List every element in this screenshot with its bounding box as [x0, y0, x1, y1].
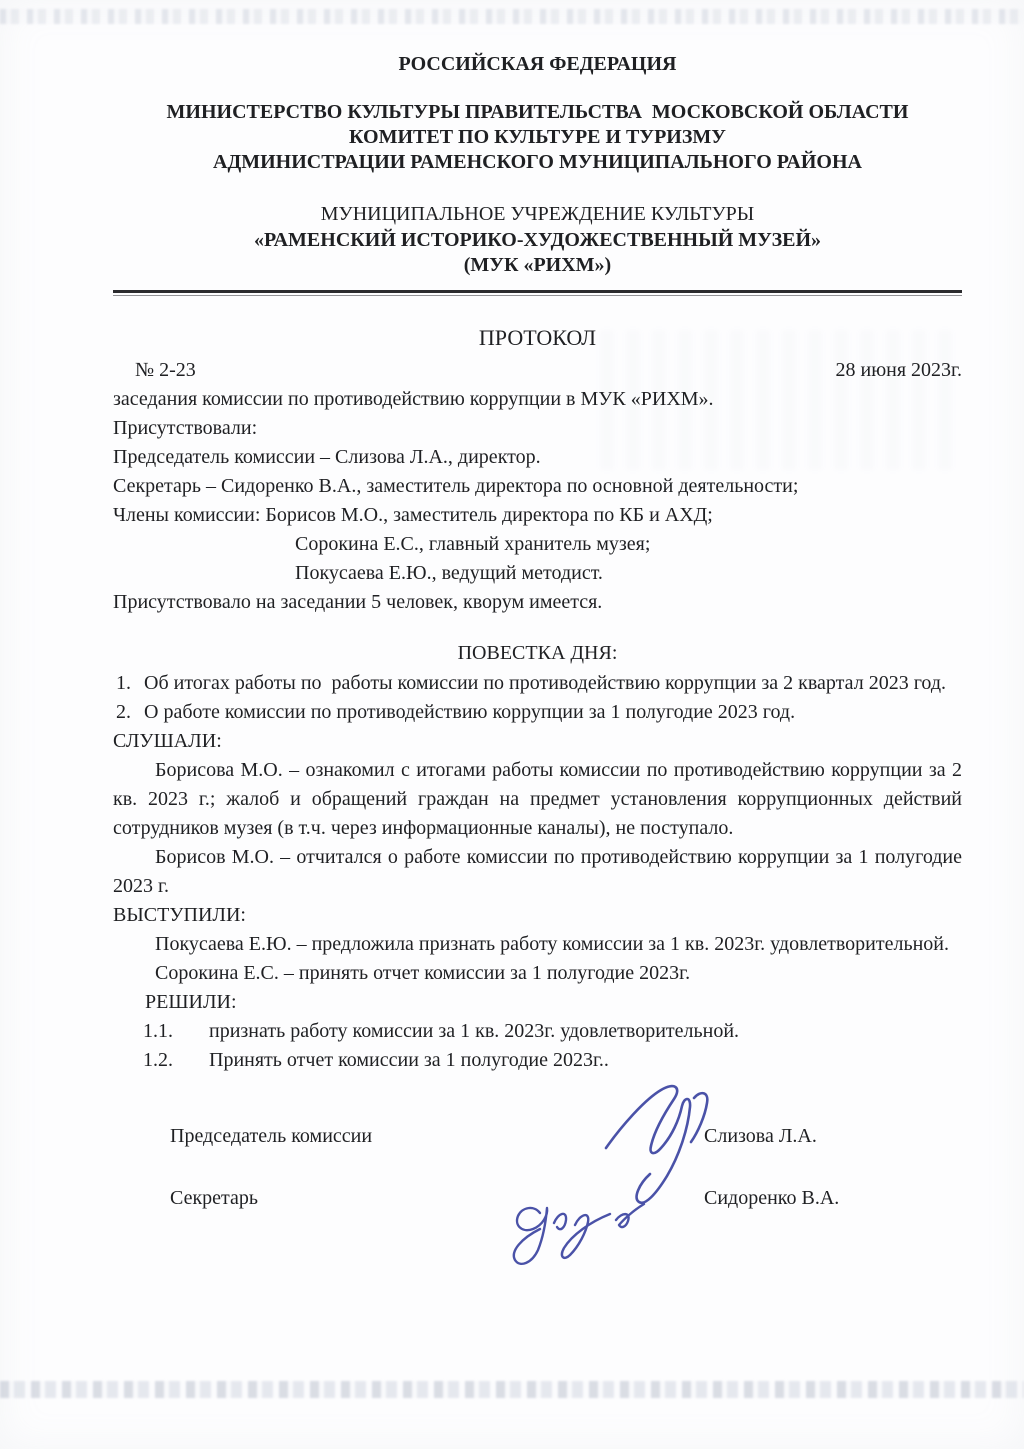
protocol-date: 28 июня 2023г. [836, 353, 963, 385]
signature-role: Секретарь [170, 1184, 258, 1213]
signature-role: Председатель комиссии [170, 1122, 372, 1151]
institution-type-line: МУНИЦИПАЛЬНОЕ УЧРЕЖДЕНИЕ КУЛЬТУРЫ [113, 201, 962, 228]
signature-block: Председатель комиссии Слизова Л.А. Секре… [113, 1122, 962, 1213]
resolved-section-label: РЕШИЛИ: [145, 988, 962, 1017]
resolved-item-number: 1.1. [143, 1017, 209, 1046]
museum-abbr-line: (МУК «РИХМ») [113, 253, 962, 278]
resolved-item-text: Принять отчет комиссии за 1 полугодие 20… [209, 1046, 962, 1075]
members-line-2: Сорокина Е.С., главный хранитель музея; [113, 530, 962, 559]
museum-block: МУНИЦИПАЛЬНОЕ УЧРЕЖДЕНИЕ КУЛЬТУРЫ «РАМЕН… [113, 201, 962, 278]
number-date-row: № 2-23 28 июня 2023г. [113, 353, 962, 385]
secretary-line: Секретарь – Сидоренко В.А., заместитель … [113, 472, 962, 501]
protocol-subject: заседания комиссии по противодействию ко… [113, 385, 962, 414]
signature-row: Председатель комиссии Слизова Л.А. [170, 1122, 882, 1151]
agenda-item: 2. О работе комиссии по противодействию … [113, 698, 962, 727]
agenda-title: ПОВЕСТКА ДНЯ: [113, 639, 962, 668]
document-content: РОССИЙСКАЯ ФЕДЕРАЦИЯ МИНИСТЕРСТВО КУЛЬТУ… [0, 0, 1024, 1213]
signature-name: Сидоренко В.А. [704, 1184, 882, 1213]
scan-noise-bottom [0, 1381, 1024, 1398]
ministry-block: МИНИСТЕРСТВО КУЛЬТУРЫ ПРАВИТЕЛЬСТВА МОСК… [113, 100, 962, 175]
protocol-title: ПРОТОКОЛ [113, 325, 962, 351]
federation-title: РОССИЙСКАЯ ФЕДЕРАЦИЯ [113, 52, 962, 77]
resolved-item: 1.1. признать работу комиссии за 1 кв. 2… [143, 1017, 962, 1046]
resolved-item-number: 1.2. [143, 1046, 209, 1075]
quorum-line: Присутствовало на заседании 5 человек, к… [113, 588, 962, 617]
agenda-item-number: 2. [113, 698, 144, 727]
heard-paragraph: Борисова М.О. – ознакомил с итогами рабо… [113, 756, 962, 843]
agenda-item-text: О работе комиссии по противодействию кор… [144, 698, 962, 727]
resolved-item: 1.2. Принять отчет комиссии за 1 полугод… [143, 1046, 962, 1075]
scanned-protocol-document: РОССИЙСКАЯ ФЕДЕРАЦИЯ МИНИСТЕРСТВО КУЛЬТУ… [0, 0, 1024, 1449]
agenda-item-number: 1. [113, 669, 144, 698]
signature-name: Слизова Л.А. [704, 1122, 882, 1151]
attendees-label: Присутствовали: [113, 414, 962, 443]
members-line-3: Покусаева Е.Ю., ведущий методист. [113, 559, 962, 588]
handwritten-signatures [498, 1080, 723, 1275]
museum-name-line: «РАМЕНСКИЙ ИСТОРИКО-ХУДОЖЕСТВЕННЫЙ МУЗЕЙ… [113, 228, 962, 253]
agenda-item: 1. Об итогах работы по работы комиссии п… [113, 669, 962, 698]
administration-line: АДМИНИСТРАЦИИ РАМЕНСКОГО МУНИЦИПАЛЬНОГО … [113, 150, 962, 175]
document-letterhead: РОССИЙСКАЯ ФЕДЕРАЦИЯ МИНИСТЕРСТВО КУЛЬТУ… [113, 52, 962, 296]
signature-row: Секретарь Сидоренко В.А. [170, 1184, 882, 1213]
spoke-section-label: ВЫСТУПИЛИ: [113, 901, 962, 930]
agenda-item-text: Об итогах работы по работы комиссии по п… [144, 669, 962, 698]
chairman-line: Председатель комиссии – Слизова Л.А., ди… [113, 443, 962, 472]
resolved-item-text: признать работу комиссии за 1 кв. 2023г.… [209, 1017, 962, 1046]
protocol-number: № 2-23 [113, 356, 196, 385]
committee-line: КОМИТЕТ ПО КУЛЬТУРЕ И ТУРИЗМУ [113, 125, 962, 150]
ministry-line: МИНИСТЕРСТВО КУЛЬТУРЫ ПРАВИТЕЛЬСТВА МОСК… [113, 100, 962, 125]
spoke-paragraph: Сорокина Е.С. – принять отчет комиссии з… [113, 959, 962, 988]
letterhead-divider [113, 290, 962, 296]
spoke-paragraph: Покусаева Е.Ю. – предложила признать раб… [113, 930, 962, 959]
members-line-1: Члены комиссии: Борисов М.О., заместител… [113, 501, 962, 530]
heard-paragraph: Борисов М.О. – отчитался о работе комисс… [113, 843, 962, 901]
heard-section-label: СЛУШАЛИ: [113, 727, 962, 756]
